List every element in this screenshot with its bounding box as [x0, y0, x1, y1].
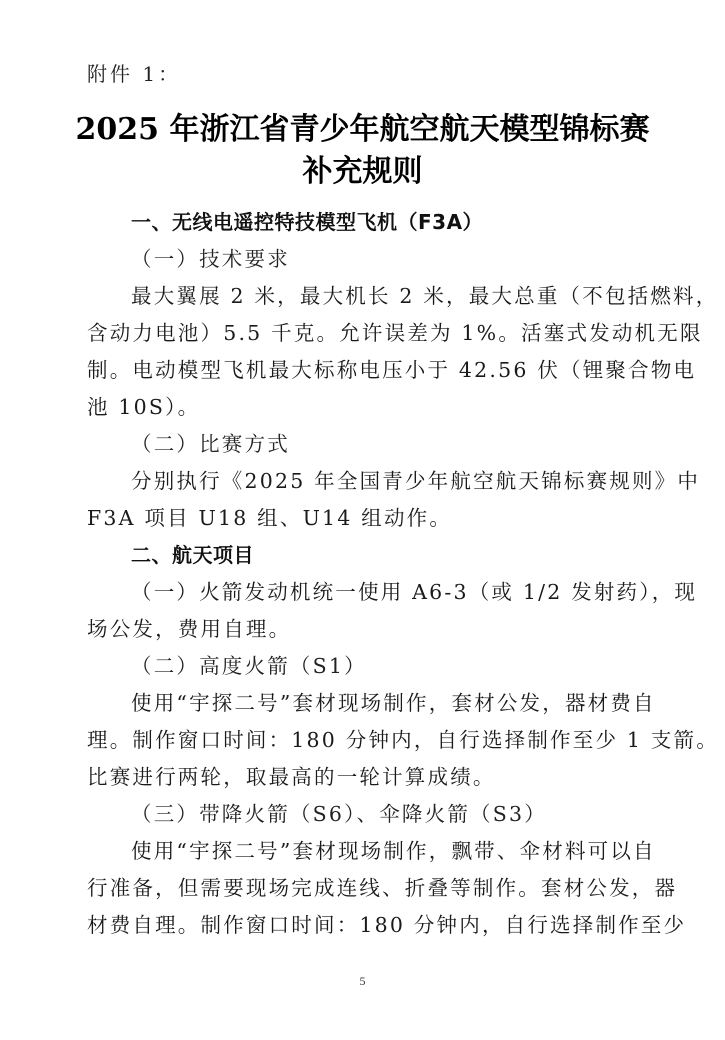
document-subtitle: 补充规则	[0, 146, 725, 190]
paragraph-line: 场公发，费用自理。	[87, 611, 639, 648]
paragraph-line: 制。电动模型飞机最大标称电压小于 42.56 伏（锂聚合物电	[87, 352, 639, 389]
page-number: 5	[0, 974, 725, 989]
section-heading: 一、无线电遥控特技模型飞机（F3A）	[87, 204, 639, 241]
subsection-heading: （二）高度火箭（S1）	[87, 648, 639, 685]
paragraph-line: 理。制作窗口时间：180 分钟内，自行选择制作至少 1 支箭。	[87, 722, 639, 759]
paragraph-line: 使用“宇探二号”套材现场制作，套材公发，器材费自	[87, 685, 639, 722]
paragraph-line: 最大翼展 2 米，最大机长 2 米，最大总重（不包括燃料，	[87, 278, 639, 315]
paragraph-line: 材费自理。制作窗口时间：180 分钟内，自行选择制作至少	[87, 907, 639, 944]
document-page: 附件 1： 2025 年浙江省青少年航空航天模型锦标赛 补充规则 一、无线电遥控…	[0, 0, 725, 1040]
subsection-heading: （三）带降火箭（S6）、伞降火箭（S3）	[87, 796, 639, 833]
annex-label: 附件 1：	[87, 58, 181, 87]
section-heading: 二、航天项目	[87, 537, 639, 574]
paragraph-line: 池 10S）。	[87, 389, 639, 426]
paragraph-line: 比赛进行两轮，取最高的一轮计算成绩。	[87, 759, 639, 796]
paragraph-line: 分别执行《2025 年全国青少年航空航天锦标赛规则》中	[87, 463, 639, 500]
paragraph-line: （一）火箭发动机统一使用 A6-3（或 1/2 发射药），现	[87, 574, 639, 611]
paragraph-line: 使用“宇探二号”套材现场制作，飘带、伞材料可以自	[87, 833, 639, 870]
document-title: 2025 年浙江省青少年航空航天模型锦标赛	[0, 104, 725, 148]
paragraph-line: F3A 项目 U18 组、U14 组动作。	[87, 500, 639, 537]
document-body: 一、无线电遥控特技模型飞机（F3A）（一）技术要求最大翼展 2 米，最大机长 2…	[87, 204, 639, 944]
subsection-heading: （一）技术要求	[87, 241, 639, 278]
paragraph-line: 含动力电池）5.5 千克。允许误差为 1%。活塞式发动机无限	[87, 315, 639, 352]
subsection-heading: （二）比赛方式	[87, 426, 639, 463]
paragraph-line: 行准备，但需要现场完成连线、折叠等制作。套材公发，器	[87, 870, 639, 907]
